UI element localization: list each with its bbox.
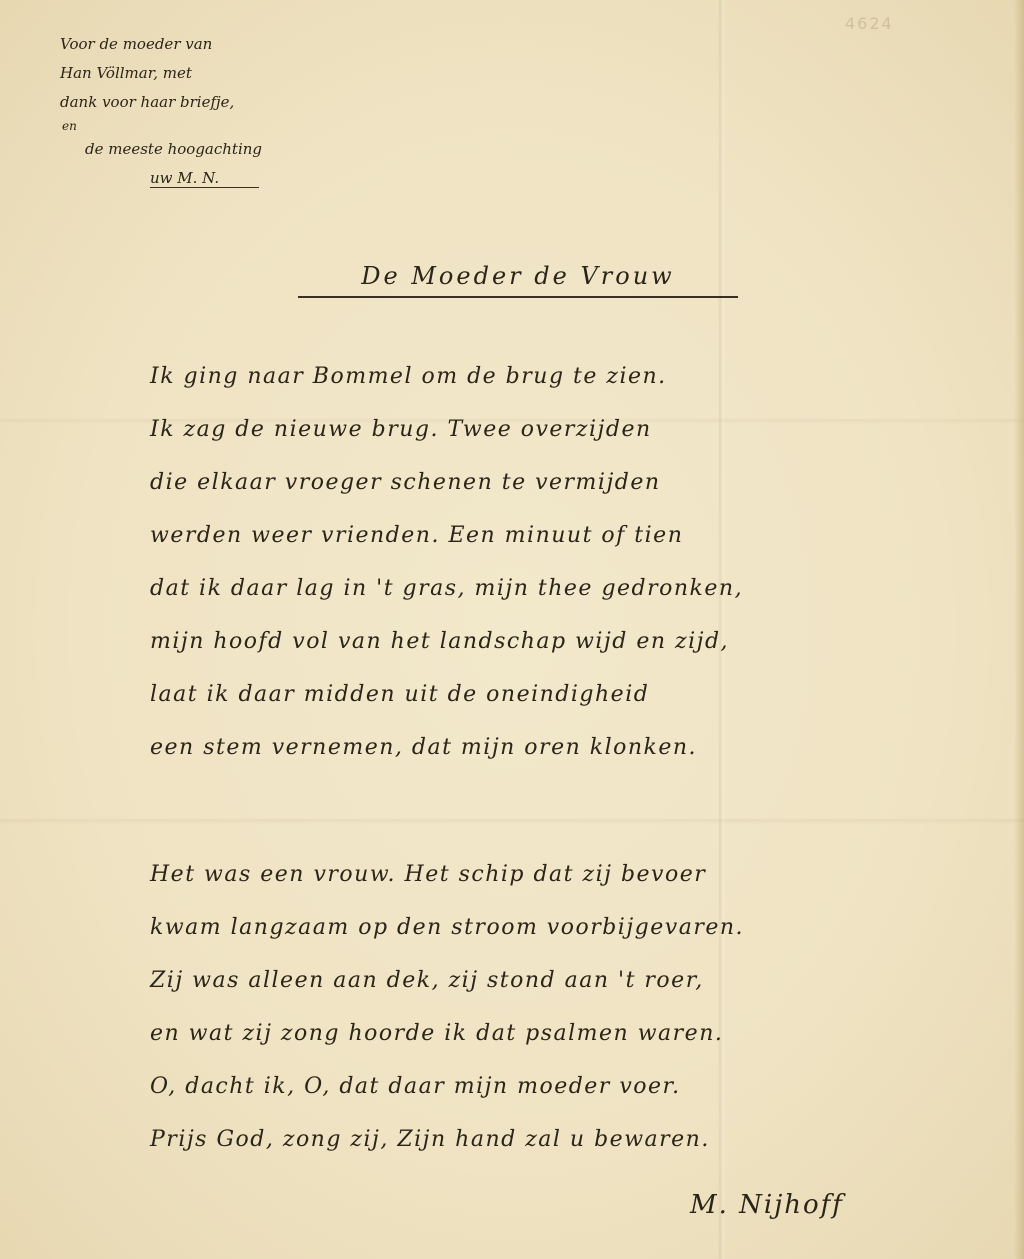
dedication-signoff: uw M. N. — [60, 164, 262, 193]
poem-line: Ik zag de nieuwe brug. Twee overzijden — [150, 403, 743, 456]
poem-line: Het was een vrouw. Het schip dat zij bev… — [150, 848, 744, 901]
poem-title: De Moeder de Vrouw — [298, 262, 738, 298]
poem-line: mijn hoofd vol van het landschap wijd en… — [150, 615, 743, 668]
dedication-initials: uw M. N. — [150, 169, 259, 188]
poem-line: een stem vernemen, dat mijn oren klonken… — [150, 721, 743, 774]
paper-edge — [1014, 0, 1024, 1259]
poem-line: en wat zij zong hoorde ik dat psalmen wa… — [150, 1007, 744, 1060]
dedication-line: Han Völlmar, met — [60, 59, 262, 88]
poem-line: O, dacht ik, O, dat daar mijn moeder voe… — [150, 1060, 744, 1113]
archive-stamp: 4624 — [845, 14, 894, 33]
dedication-line: de meeste hoogachting — [60, 135, 262, 164]
author-signature: M. Nijhoff — [690, 1190, 844, 1220]
stanza-1: Ik ging naar Bommel om de brug te zien. … — [150, 350, 743, 774]
poem-line: Ik ging naar Bommel om de brug te zien. — [150, 350, 743, 403]
stanza-2: Het was een vrouw. Het schip dat zij bev… — [150, 848, 744, 1166]
dedication-note: Voor de moeder van Han Völlmar, met dank… — [60, 30, 262, 193]
dedication-line: dank voor haar briefje, — [60, 88, 262, 117]
poem-line: die elkaar vroeger schenen te vermijden — [150, 456, 743, 509]
poem-line: werden weer vrienden. Een minuut of tien — [150, 509, 743, 562]
poem-line: dat ik daar lag in 't gras, mijn thee ge… — [150, 562, 743, 615]
poem-line: kwam langzaam op den stroom voorbijgevar… — [150, 901, 744, 954]
poem-line: Zij was alleen aan dek, zij stond aan 't… — [150, 954, 744, 1007]
letter-page: 4624 Voor de moeder van Han Völlmar, met… — [0, 0, 1024, 1259]
dedication-line: en — [60, 117, 262, 135]
dedication-line: Voor de moeder van — [60, 30, 262, 59]
poem-line: Prijs God, zong zij, Zijn hand zal u bew… — [150, 1113, 744, 1166]
poem-line: laat ik daar midden uit de oneindigheid — [150, 668, 743, 721]
